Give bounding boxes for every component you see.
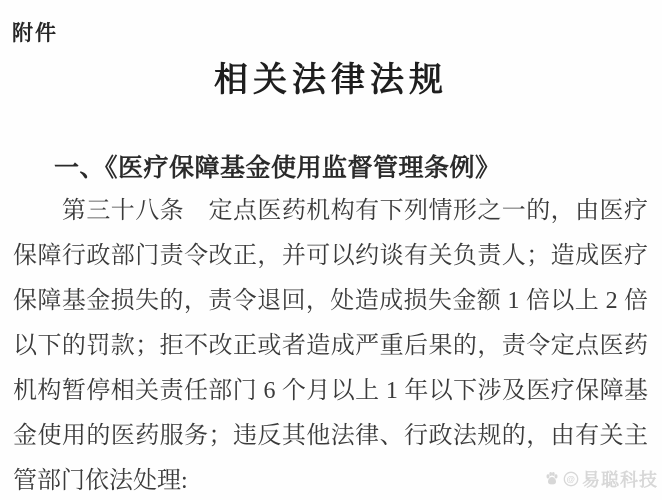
document-title: 相关法律法规	[0, 52, 662, 101]
article-line: 保障行政部门责令改正，并可以约谈有关负责人；造成医疗	[13, 234, 648, 279]
article-paragraph: 第三十八条 定点医药机构有下列情形之一的，由医疗 保障行政部门责令改正，并可以约…	[13, 189, 648, 500]
watermark-text: 易聪科技	[582, 466, 658, 492]
article-line: 第三十八条 定点医药机构有下列情形之一的，由医疗	[13, 189, 648, 234]
section-heading: 一、《医疗保障基金使用监督管理条例》	[54, 148, 501, 184]
baidu-paw-icon	[544, 471, 560, 487]
attachment-label: 附件	[12, 17, 58, 47]
document-page: 附件 相关法律法规 一、《医疗保障基金使用监督管理条例》 第三十八条 定点医药机…	[0, 0, 662, 500]
at-circle-icon: @	[563, 471, 579, 487]
article-line: 以下的罚款；拒不改正或者造成严重后果的，责令定点医药	[13, 324, 648, 369]
article-line: 保障基金损失的，责令退回，处造成损失金额 1 倍以上 2 倍	[13, 279, 648, 324]
article-line: 金使用的医药服务；违反其他法律、行政法规的，由有关主	[13, 414, 648, 459]
article-line: 机构暂停相关责任部门 6 个月以上 1 年以下涉及医疗保障基	[13, 369, 648, 414]
watermark: @ 易聪科技	[544, 466, 658, 492]
svg-text:@: @	[566, 474, 575, 484]
